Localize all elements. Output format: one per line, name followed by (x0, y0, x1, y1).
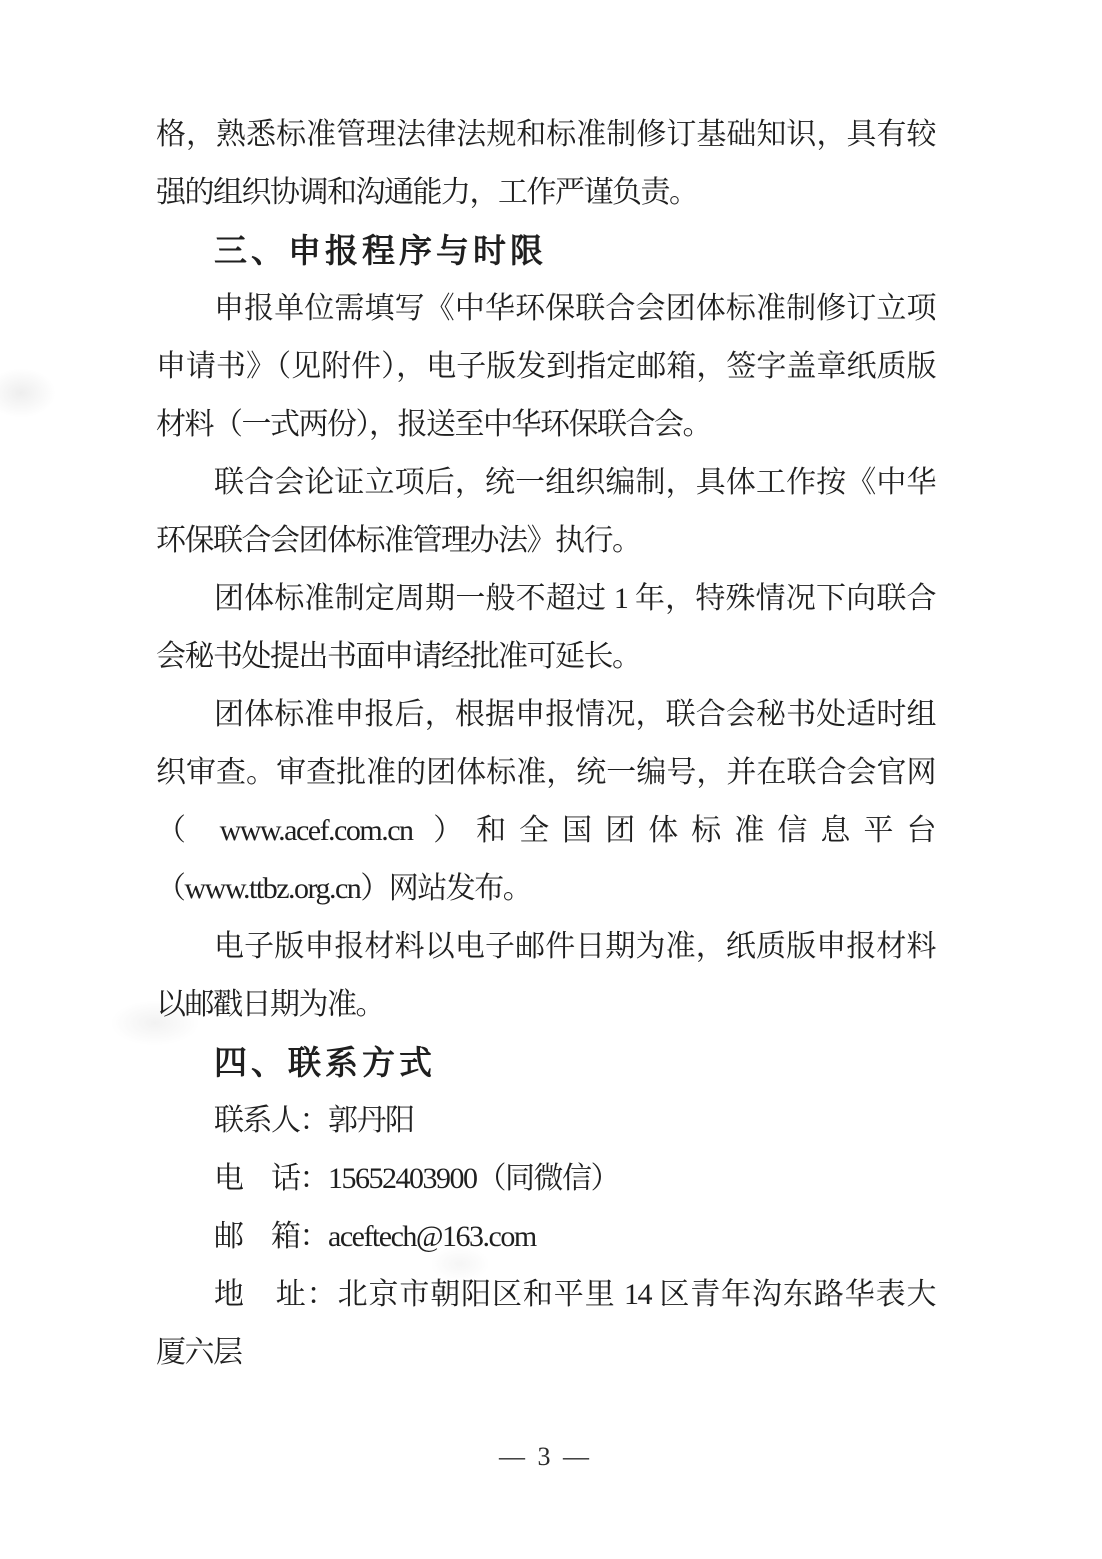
text-line: 以邮戳日期为准。 (156, 976, 935, 1034)
page-number: — 3 — (156, 1440, 935, 1474)
text-line: 材料（一式两份），报送至中华环保联合会。 (156, 396, 935, 454)
text-line: 环保联合会团体标准管理办法》执行。 (156, 512, 935, 570)
scan-artifact (0, 368, 56, 418)
text-line: 电 话：15652403900（同微信） (156, 1150, 935, 1208)
document-body: 格，熟悉标准管理法律法规和标准制修订基础知识，具有较强的组织协调和沟通能力，工作… (156, 106, 935, 1382)
text-line: （ www.acef.com.cn ）和全国团体标准信息平台 (156, 802, 935, 860)
text-line: 联系人：郭丹阳 (156, 1092, 935, 1150)
text-line: 格，熟悉标准管理法律法规和标准制修订基础知识，具有较 (156, 106, 935, 164)
text-line: 申请书》（见附件），电子版发到指定邮箱，签字盖章纸质版 (156, 338, 935, 396)
text-line: 织审查。审查批准的团体标准，统一编号，并在联合会官网 (156, 744, 935, 802)
text-line: 厦六层 (156, 1324, 935, 1382)
text-line: （www.ttbz.org.cn）网站发布。 (156, 860, 935, 918)
text-line: 强的组织协调和沟通能力，工作严谨负责。 (156, 164, 935, 222)
text-line: 团体标准申报后，根据申报情况，联合会秘书处适时组 (156, 686, 935, 744)
section-heading: 三、申报程序与时限 (156, 222, 935, 280)
section-heading: 四、联系方式 (156, 1034, 935, 1092)
text-line: 团体标准制定周期一般不超过 1 年，特殊情况下向联合 (156, 570, 935, 628)
text-line: 电子版申报材料以电子邮件日期为准，纸质版申报材料 (156, 918, 935, 976)
text-line: 地 址：北京市朝阳区和平里 14 区青年沟东路华表大 (156, 1266, 935, 1324)
document-page: 格，熟悉标准管理法律法规和标准制修订基础知识，具有较强的组织协调和沟通能力，工作… (0, 0, 1102, 1559)
text-line: 邮 箱：aceftech@163.com (156, 1208, 935, 1266)
text-line: 会秘书处提出书面申请经批准可延长。 (156, 628, 935, 686)
text-line: 申报单位需填写《中华环保联合会团体标准制修订立项 (156, 280, 935, 338)
text-line: 联合会论证立项后，统一组织编制，具体工作按《中华 (156, 454, 935, 512)
